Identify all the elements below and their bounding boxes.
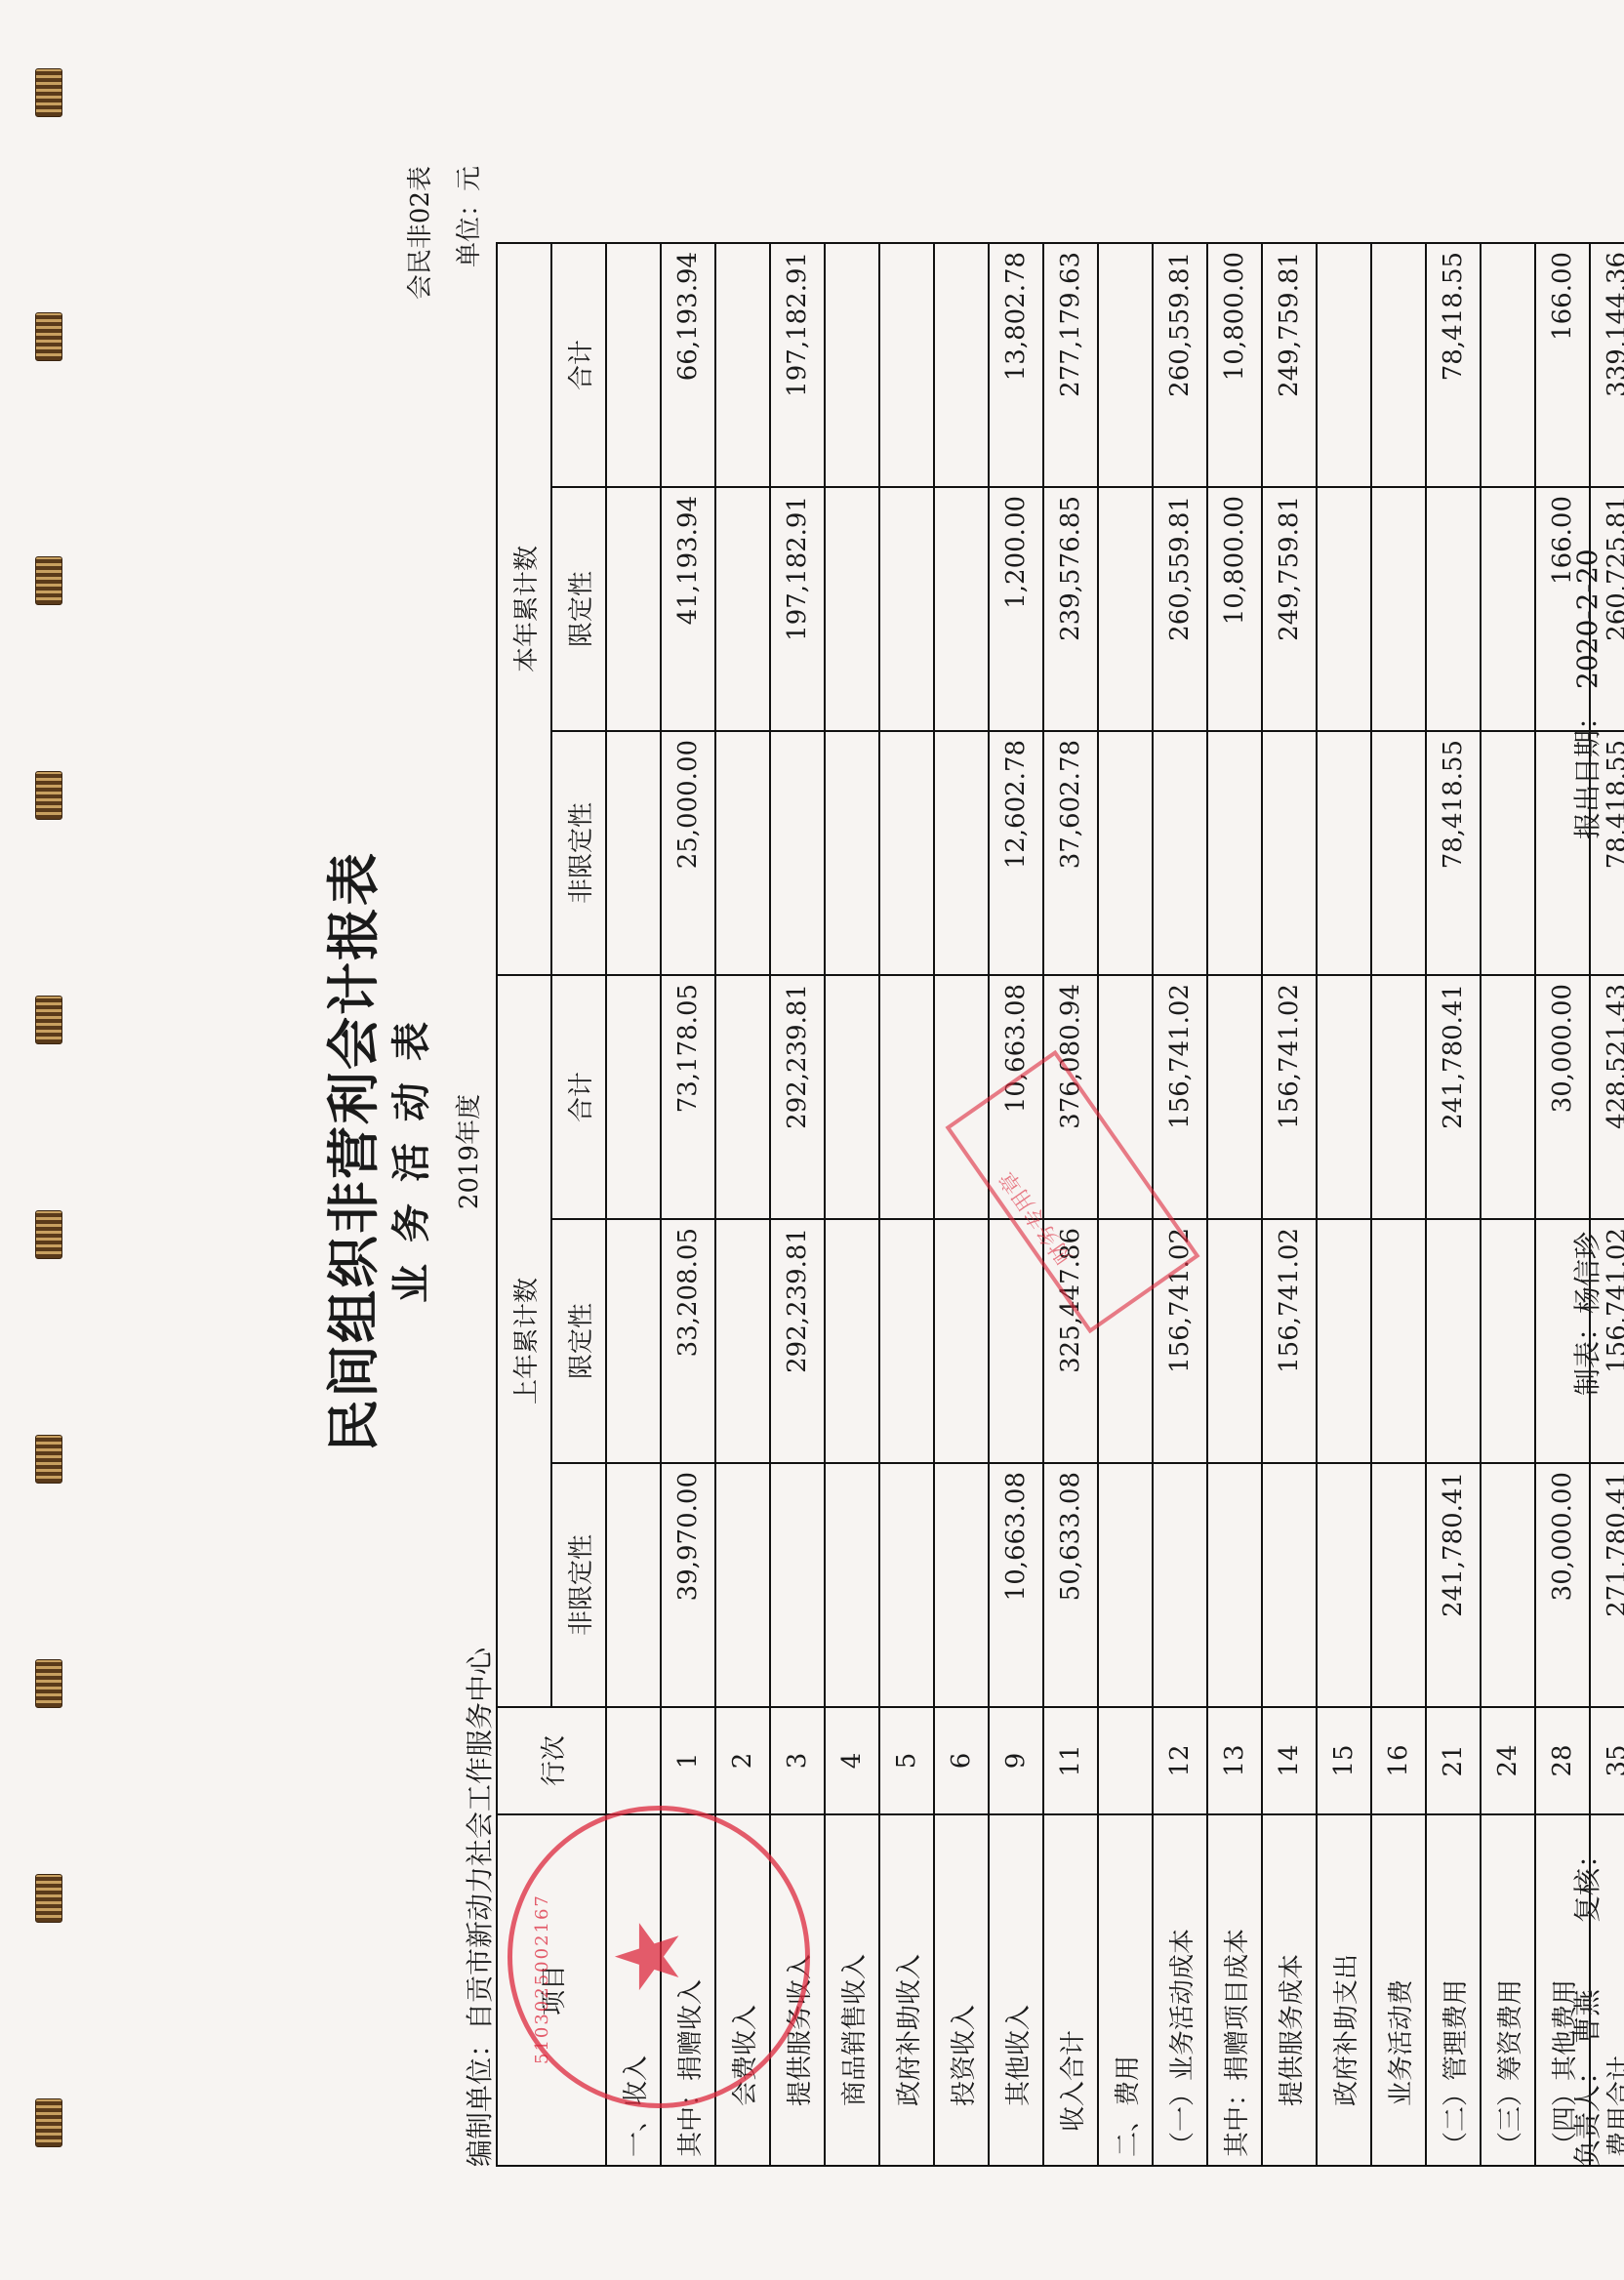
cell-ly-r — [1207, 1219, 1262, 1463]
binding-hole — [35, 1435, 62, 1484]
cell-ty-r: 249,759.81 — [1262, 487, 1317, 731]
row-line-no: 6 — [934, 1707, 989, 1814]
header-ty-total: 合计 — [551, 243, 606, 487]
organization-seal: 5103025002167 ★ — [507, 1806, 810, 2108]
row-label: 投资收入 — [934, 1814, 989, 2166]
cell-ty-u: 78,418.55 — [1426, 731, 1481, 975]
row-line-no: 35 — [1590, 1707, 1624, 1814]
binding-hole — [35, 771, 62, 820]
binding-hole — [35, 312, 62, 361]
cell-ly-u: 271,780.41 — [1590, 1463, 1624, 1707]
cell-ty-u — [879, 731, 934, 975]
table-row: 业务活动费16 — [1371, 243, 1426, 2166]
row-label: （二）管理费用 — [1426, 1814, 1481, 2166]
cell-ty-t — [1371, 243, 1426, 487]
row-line-no — [1098, 1707, 1153, 1814]
row-line-no: 1 — [661, 1707, 715, 1814]
cell-ty-r: 260,559.81 — [1153, 487, 1207, 731]
row-line-no: 4 — [825, 1707, 879, 1814]
cell-ly-t: 156,741.02 — [1153, 975, 1207, 1219]
cell-ly-u — [1153, 1463, 1207, 1707]
cell-ly-r: 33,208.05 — [661, 1219, 715, 1463]
table-row: 政府补助支出15 — [1317, 243, 1371, 2166]
footer-preparer: 制表：杨信珍 — [1566, 1232, 1605, 1396]
footer-reviewer: 复核： — [1566, 1841, 1605, 1923]
cell-ly-r — [1317, 1219, 1371, 1463]
binding-hole — [35, 556, 62, 605]
row-label: 政府补助收入 — [879, 1814, 934, 2166]
cell-ty-t: 66,193.94 — [661, 243, 715, 487]
cell-ly-r — [934, 1219, 989, 1463]
cell-ty-u — [825, 731, 879, 975]
cell-ty-r — [1481, 487, 1535, 731]
cell-ty-t — [825, 243, 879, 487]
cell-ly-t — [934, 975, 989, 1219]
cell-ty-r — [715, 487, 770, 731]
cell-ty-t: 78,418.55 — [1426, 243, 1481, 487]
cell-ty-u: 37,602.78 — [1043, 731, 1098, 975]
cell-ty-t: 166.00 — [1535, 243, 1590, 487]
cell-ly-t — [715, 975, 770, 1219]
cell-ty-r — [1098, 487, 1153, 731]
table-row: 提供服务成本14156,741.02156,741.02249,759.8124… — [1262, 243, 1317, 2166]
cell-ly-u — [715, 1463, 770, 1707]
cell-ty-t: 197,182.91 — [770, 243, 825, 487]
cell-ly-u: 30,000.00 — [1535, 1463, 1590, 1707]
organization-name: 自贡市新动力社会工作服务中心 — [464, 1648, 496, 2030]
cell-ly-t: 428,521.43 — [1590, 975, 1624, 1219]
cell-ty-t: 277,179.63 — [1043, 243, 1098, 487]
cell-ly-u — [934, 1463, 989, 1707]
table-row: （三）筹资费用24 — [1481, 243, 1535, 2166]
header-ty-unrestricted: 非限定性 — [551, 731, 606, 975]
form-code: 会民非02表 — [400, 166, 436, 300]
organization-label: 编制单位： — [464, 2030, 496, 2167]
cell-ty-t: 249,759.81 — [1262, 243, 1317, 487]
header-ly-total: 合计 — [551, 975, 606, 1219]
cell-ty-t: 13,802.78 — [989, 243, 1043, 487]
cell-ty-u: 25,000.00 — [661, 731, 715, 975]
row-line-no: 9 — [989, 1707, 1043, 1814]
row-label: 其中：捐赠项目成本 — [1207, 1814, 1262, 2166]
cell-ly-t: 241,780.41 — [1426, 975, 1481, 1219]
cell-ty-r — [1371, 487, 1426, 731]
cell-ly-u — [770, 1463, 825, 1707]
table-row: （二）管理费用21241,780.41241,780.4178,418.5578… — [1426, 243, 1481, 2166]
cell-ly-r: 156,741.02 — [1262, 1219, 1317, 1463]
row-line-no: 5 — [879, 1707, 934, 1814]
header-ly-unrestricted: 非限定性 — [551, 1463, 606, 1707]
cell-ty-r — [606, 487, 661, 731]
currency-unit: 单位：元 — [449, 166, 485, 267]
row-line-no: 21 — [1426, 1707, 1481, 1814]
cell-ly-u — [1098, 1463, 1153, 1707]
row-line-no: 28 — [1535, 1707, 1590, 1814]
rotated-report-page: 民间组织非营利会计报表 业务活动表 会民非02表 2019年度 单位：元 编制单… — [254, 127, 1624, 2177]
cell-ly-u — [1371, 1463, 1426, 1707]
cell-ly-t: 30,000.00 — [1535, 975, 1590, 1219]
binding-hole — [35, 1874, 62, 1923]
cell-ty-u — [1153, 731, 1207, 975]
cell-ty-r: 197,182.91 — [770, 487, 825, 731]
row-line-no: 11 — [1043, 1707, 1098, 1814]
cell-ly-u: 50,633.08 — [1043, 1463, 1098, 1707]
row-label: （三）筹资费用 — [1481, 1814, 1535, 2166]
row-label: 二、费用 — [1098, 1814, 1153, 2166]
cell-ly-t: 292,239.81 — [770, 975, 825, 1219]
row-label: 其他收入 — [989, 1814, 1043, 2166]
row-line-no: 15 — [1317, 1707, 1371, 1814]
cell-ty-u — [715, 731, 770, 975]
cell-ty-t — [1317, 243, 1371, 487]
row-label: 政府补助支出 — [1317, 1814, 1371, 2166]
cell-ty-u — [1262, 731, 1317, 975]
row-line-no: 13 — [1207, 1707, 1262, 1814]
cell-ly-u — [825, 1463, 879, 1707]
cell-ty-t — [879, 243, 934, 487]
cell-ty-u — [770, 731, 825, 975]
cell-ly-r — [825, 1219, 879, 1463]
cell-ty-u — [1481, 731, 1535, 975]
row-label: 提供服务成本 — [1262, 1814, 1317, 2166]
cell-ly-t — [825, 975, 879, 1219]
row-label: 收入合计 — [1043, 1814, 1098, 2166]
cell-ty-r: 1,200.00 — [989, 487, 1043, 731]
table-row: 政府补助收入5 — [879, 243, 934, 2166]
cell-ty-r — [879, 487, 934, 731]
header-line-no: 行次 — [497, 1707, 606, 1814]
cell-ly-u: 241,780.41 — [1426, 1463, 1481, 1707]
cell-ty-t — [934, 243, 989, 487]
cell-ty-t — [1481, 243, 1535, 487]
cell-ly-u: 10,663.08 — [989, 1463, 1043, 1707]
table-row: 其中：捐赠项目成本1310,800.0010,800.00 — [1207, 243, 1262, 2166]
binding-hole — [35, 2098, 62, 2147]
row-line-no — [606, 1707, 661, 1814]
table-row: 投资收入6 — [934, 243, 989, 2166]
cell-ly-t — [1481, 975, 1535, 1219]
cell-ty-u: 12,602.78 — [989, 731, 1043, 975]
footer-responsible: 负责人： 曹燕 — [1566, 1989, 1605, 2167]
cell-ly-t: 156,741.02 — [1262, 975, 1317, 1219]
row-line-no: 2 — [715, 1707, 770, 1814]
cell-ty-t: 339,144.36 — [1590, 243, 1624, 487]
cell-ty-t — [1098, 243, 1153, 487]
cell-ty-u — [1207, 731, 1262, 975]
cell-ty-r: 41,193.94 — [661, 487, 715, 731]
cell-ty-r — [825, 487, 879, 731]
table-row: 商品销售收入4 — [825, 243, 879, 2166]
row-line-no: 14 — [1262, 1707, 1317, 1814]
cell-ty-u — [1098, 731, 1153, 975]
cell-ty-t — [606, 243, 661, 487]
report-subtitle: 业务活动表 — [381, 127, 436, 2177]
cell-ly-r: 292,239.81 — [770, 1219, 825, 1463]
cell-ty-t: 10,800.00 — [1207, 243, 1262, 487]
row-line-no: 3 — [770, 1707, 825, 1814]
header-this-year: 本年累计数 — [497, 243, 551, 975]
cell-ly-u — [606, 1463, 661, 1707]
row-line-no: 16 — [1371, 1707, 1426, 1814]
row-label: （一）业务活动成本 — [1153, 1814, 1207, 2166]
binding-holes — [35, 0, 64, 2280]
footer-report-date: 报出日期： 2020-2-20 — [1566, 549, 1605, 839]
cell-ly-t — [606, 975, 661, 1219]
cell-ly-r — [715, 1219, 770, 1463]
cell-ty-t: 260,559.81 — [1153, 243, 1207, 487]
header-ty-restricted: 限定性 — [551, 487, 606, 731]
header-last-year: 上年累计数 — [497, 975, 551, 1707]
cell-ty-r: 239,576.85 — [1043, 487, 1098, 731]
report-title: 民间组织非营利会计报表 — [312, 127, 387, 2177]
cell-ly-u: 39,970.00 — [661, 1463, 715, 1707]
row-label: 商品销售收入 — [825, 1814, 879, 2166]
cell-ly-u — [1317, 1463, 1371, 1707]
cell-ly-t — [1317, 975, 1371, 1219]
cell-ty-u — [1371, 731, 1426, 975]
binding-hole — [35, 996, 62, 1044]
binding-hole — [35, 1210, 62, 1259]
cell-ly-t — [1207, 975, 1262, 1219]
seal-code: 5103025002167 — [532, 1893, 552, 2064]
row-label: 业务活动费 — [1371, 1814, 1426, 2166]
seal-star-icon: ★ — [605, 1917, 693, 1996]
cell-ty-r — [1317, 487, 1371, 731]
header-ly-restricted: 限定性 — [551, 1219, 606, 1463]
cell-ly-u — [1207, 1463, 1262, 1707]
cell-ly-r — [1426, 1219, 1481, 1463]
cell-ty-u — [606, 731, 661, 975]
cell-ty-r — [934, 487, 989, 731]
cell-ly-r — [1481, 1219, 1535, 1463]
cell-ly-t — [879, 975, 934, 1219]
cell-ty-u — [1317, 731, 1371, 975]
cell-ly-u — [1262, 1463, 1317, 1707]
cell-ly-t — [1371, 975, 1426, 1219]
cell-ty-r: 10,800.00 — [1207, 487, 1262, 731]
cell-ty-r — [1426, 487, 1481, 731]
cell-ly-u — [879, 1463, 934, 1707]
cell-ly-r — [1371, 1219, 1426, 1463]
binding-hole — [35, 1659, 62, 1708]
organization-line: 编制单位：自贡市新动力社会工作服务中心 — [459, 1648, 498, 2167]
cell-ty-t — [715, 243, 770, 487]
row-line-no: 12 — [1153, 1707, 1207, 1814]
row-line-no: 24 — [1481, 1707, 1535, 1814]
binding-hole — [35, 68, 62, 117]
cell-ly-u — [1481, 1463, 1535, 1707]
cell-ly-r — [606, 1219, 661, 1463]
cell-ty-u — [934, 731, 989, 975]
cell-ly-t: 73,178.05 — [661, 975, 715, 1219]
cell-ly-r — [879, 1219, 934, 1463]
